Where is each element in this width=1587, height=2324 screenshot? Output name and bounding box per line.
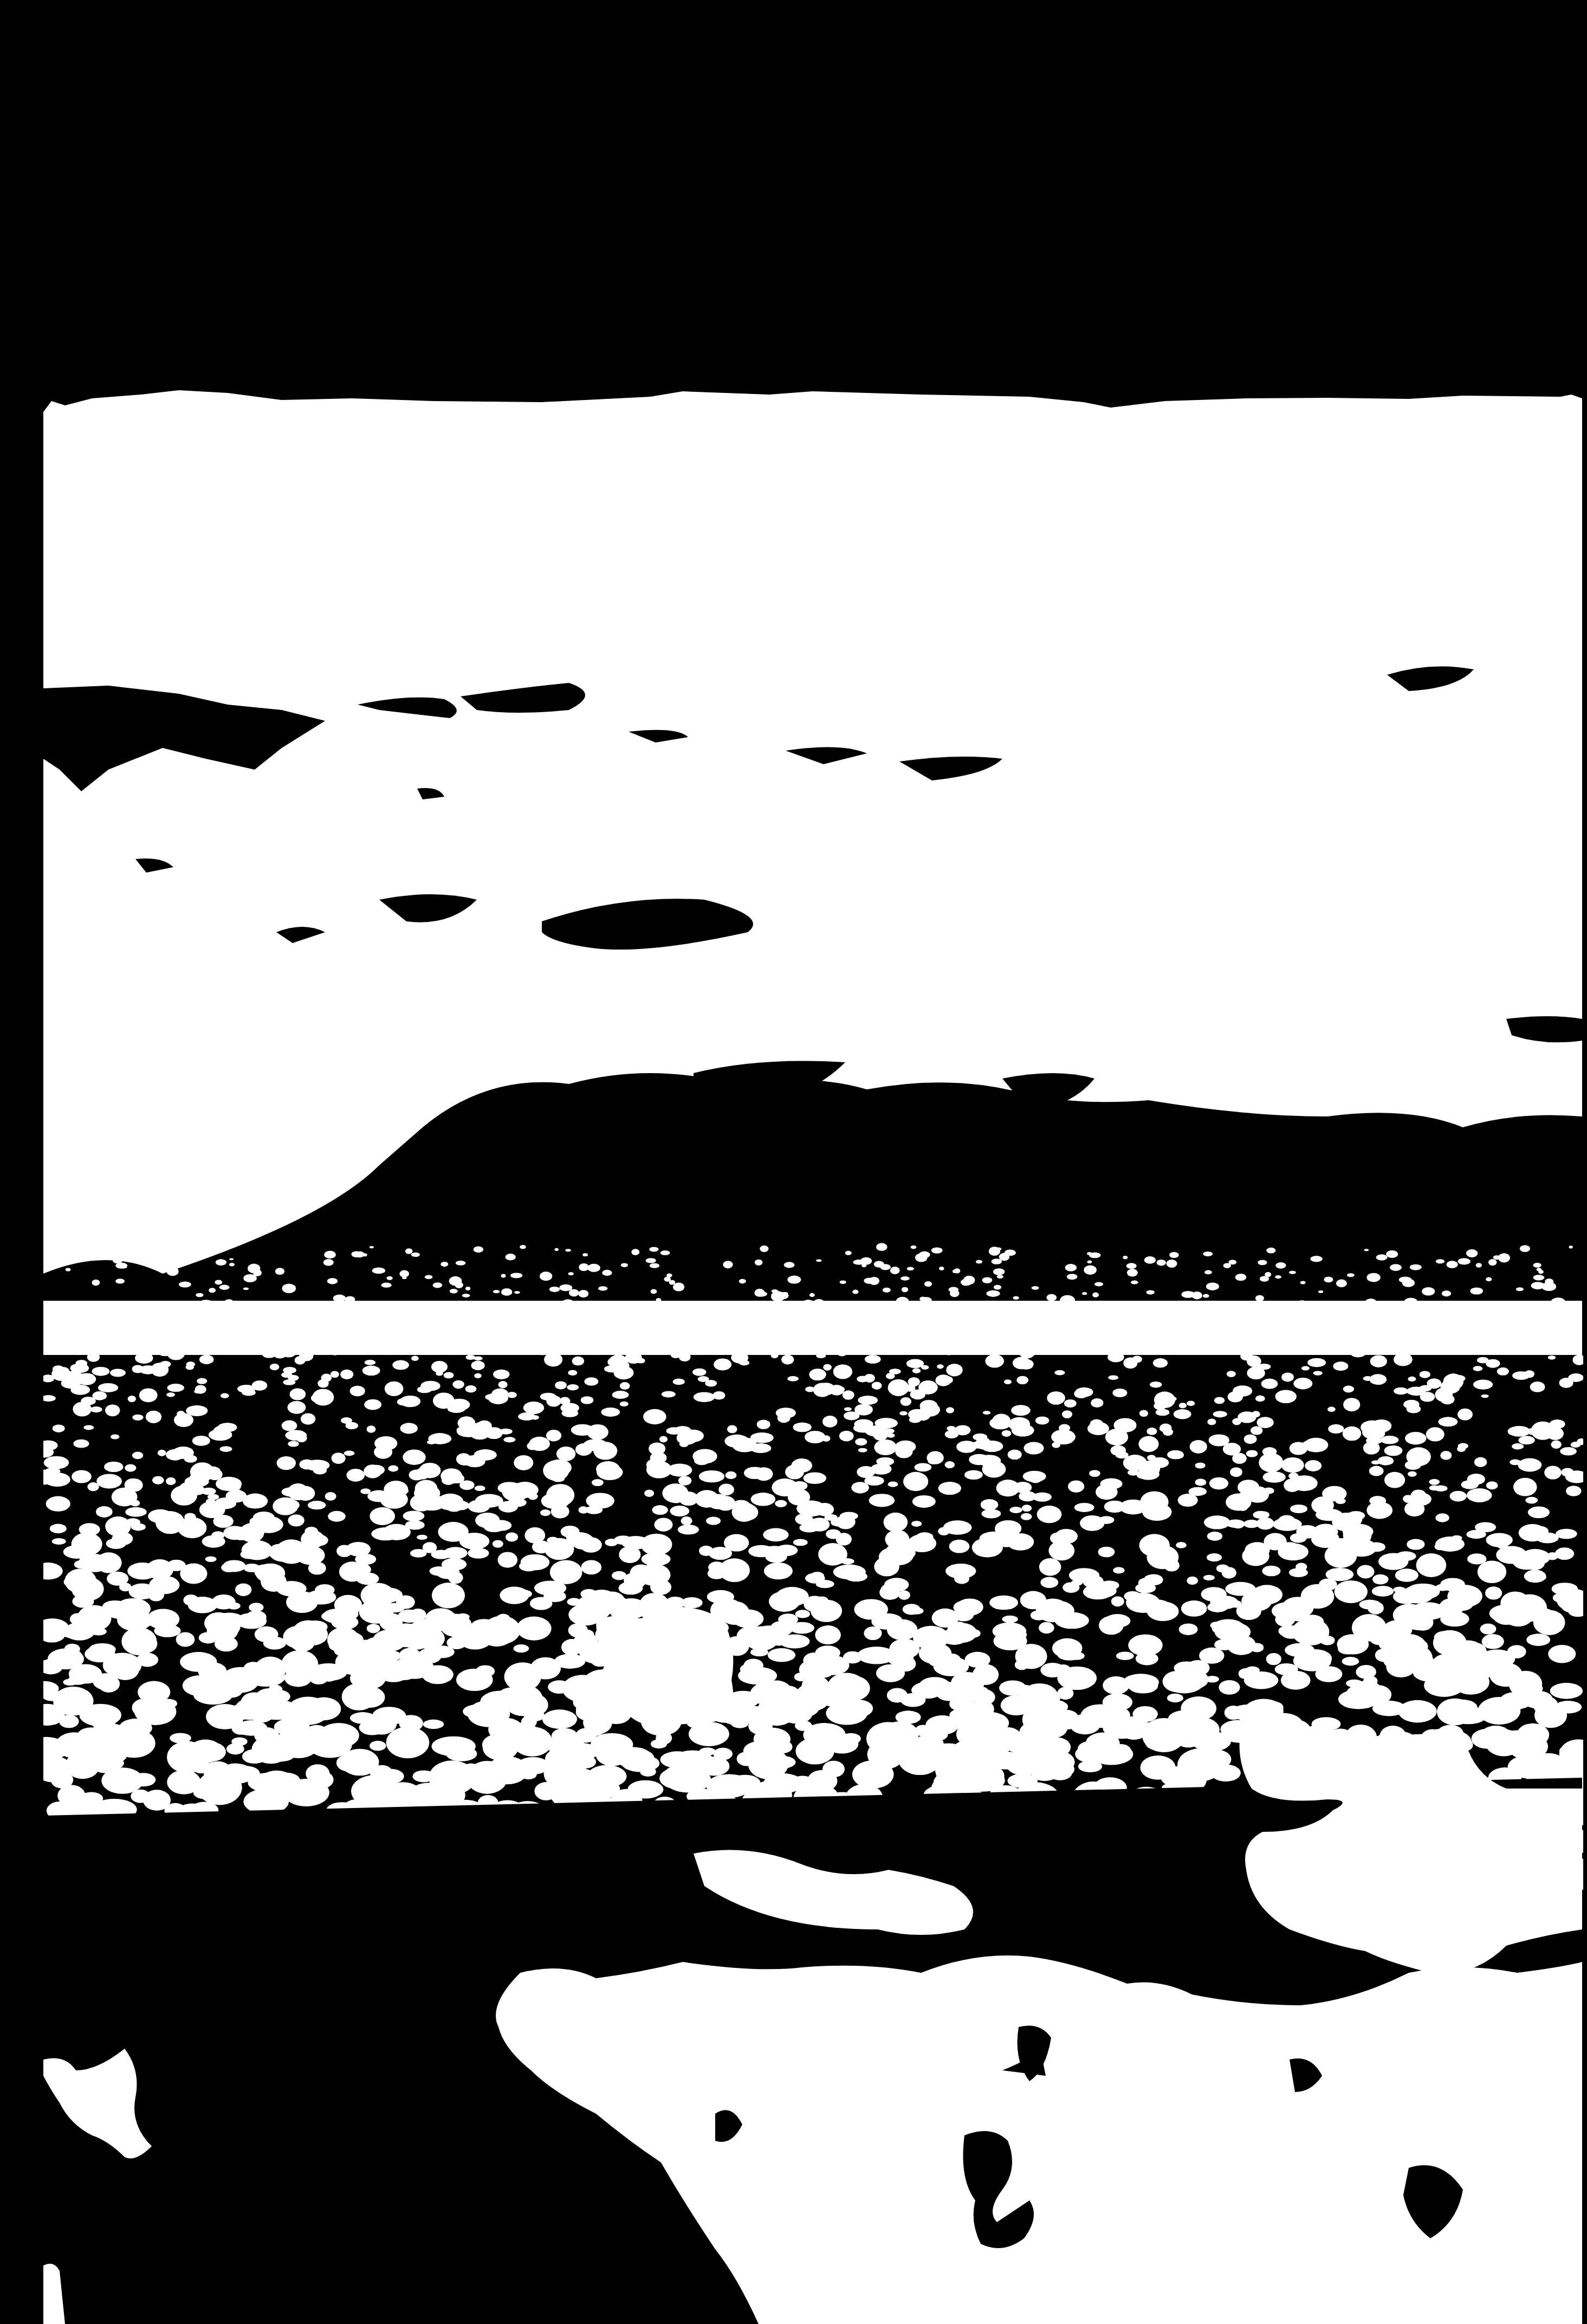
pebble	[787, 1376, 799, 1382]
pebble	[106, 1538, 126, 1549]
pebble	[1040, 1577, 1058, 1588]
pebble	[1422, 1287, 1435, 1295]
pebble	[911, 1521, 922, 1527]
pebble	[1533, 1301, 1545, 1310]
pebble	[431, 1361, 448, 1373]
pebble	[1369, 1466, 1384, 1476]
pebble	[290, 1389, 306, 1400]
pebble	[561, 1639, 582, 1656]
pebble	[199, 1355, 214, 1365]
pebble	[128, 1396, 136, 1402]
pebble	[1266, 1248, 1275, 1254]
pebble	[485, 1495, 498, 1505]
pebble	[832, 1386, 845, 1392]
pebble	[646, 1258, 656, 1263]
pebble	[386, 1727, 430, 1758]
pebble	[258, 1771, 295, 1794]
pebble	[132, 1452, 143, 1460]
pebble	[795, 1738, 834, 1765]
pebble	[350, 1306, 366, 1313]
pebble	[1008, 1450, 1022, 1460]
pebble	[73, 1439, 89, 1448]
pebble	[475, 1486, 485, 1491]
pebble	[816, 1353, 826, 1358]
pebble	[1485, 1586, 1502, 1599]
pebble	[996, 1532, 1016, 1547]
pebble	[1113, 1418, 1136, 1433]
pebble	[282, 1283, 296, 1293]
pebble	[816, 1259, 821, 1262]
pebble	[529, 1306, 534, 1309]
pebble	[1520, 1549, 1550, 1566]
pebble	[228, 1319, 242, 1328]
pebble	[432, 1583, 465, 1608]
pebble	[795, 1513, 813, 1525]
pebble	[1244, 1434, 1257, 1444]
pebble	[946, 1364, 962, 1376]
pebble	[1350, 1350, 1366, 1358]
pebble	[151, 1363, 169, 1377]
pebble	[963, 1276, 975, 1285]
pebble	[1209, 1755, 1227, 1766]
pebble	[678, 1476, 691, 1485]
pebble	[364, 1464, 381, 1478]
pebble	[221, 1393, 229, 1398]
pebble	[448, 1572, 463, 1584]
pebble	[275, 1268, 284, 1275]
pebble	[339, 1320, 355, 1332]
pebble	[1550, 1419, 1565, 1429]
pebble	[1390, 1264, 1402, 1271]
pebble	[1343, 1398, 1360, 1411]
pebble	[996, 1480, 1020, 1496]
pebble	[372, 1707, 406, 1725]
pebble	[1372, 1701, 1406, 1716]
pebble	[305, 1555, 319, 1564]
pebble	[1065, 1264, 1077, 1271]
pebble	[568, 1370, 577, 1376]
pebble	[649, 1442, 665, 1455]
pebble	[293, 1620, 324, 1642]
pebble	[546, 1396, 561, 1407]
pebble	[1187, 1660, 1210, 1676]
pebble	[1320, 1636, 1335, 1645]
pebble	[1207, 1419, 1216, 1425]
pebble	[561, 1526, 580, 1538]
pebble	[1563, 1335, 1577, 1344]
pebble	[440, 1614, 472, 1637]
pebble	[89, 1643, 116, 1656]
pebble	[771, 1352, 779, 1358]
pebble	[1230, 1467, 1242, 1477]
pebble	[328, 1339, 335, 1344]
pebble	[50, 1524, 67, 1534]
pebble	[1310, 1256, 1323, 1262]
pebble	[207, 1621, 238, 1642]
pebble	[1297, 1347, 1309, 1354]
pebble	[805, 1431, 825, 1443]
pebble	[775, 1500, 787, 1507]
pebble	[139, 1389, 158, 1403]
pebble	[356, 1302, 364, 1306]
pebble	[546, 1430, 561, 1441]
pebble	[154, 1255, 160, 1257]
pebble	[1291, 1475, 1318, 1491]
pebble	[1328, 1424, 1344, 1434]
pebble	[1268, 1311, 1284, 1321]
pebble	[1240, 1352, 1253, 1360]
pebble	[986, 1354, 1004, 1368]
pebble	[417, 1535, 427, 1540]
pebble	[1181, 1291, 1195, 1298]
pebble	[1052, 1442, 1060, 1448]
pebble	[1527, 1428, 1538, 1435]
pebble	[288, 1514, 304, 1526]
pebble	[445, 1323, 458, 1331]
pebble	[476, 1665, 495, 1677]
pebble	[1168, 1710, 1204, 1727]
pebble	[92, 1280, 100, 1286]
pebble	[1395, 1568, 1418, 1581]
pebble	[1203, 1294, 1209, 1298]
pebble	[795, 1610, 810, 1618]
pebble	[1434, 1485, 1448, 1492]
pebble	[362, 1254, 367, 1257]
pebble	[780, 1329, 791, 1334]
pebble	[760, 1245, 768, 1252]
pebble	[241, 1550, 257, 1559]
pebble	[218, 1336, 236, 1348]
pebble	[1326, 1568, 1354, 1581]
pebble	[1333, 1311, 1338, 1313]
pebble	[1351, 1681, 1383, 1704]
pebble	[1559, 1747, 1576, 1755]
pebble	[853, 1304, 865, 1311]
pebble	[1139, 1534, 1170, 1557]
pebble	[621, 1263, 628, 1267]
pebble	[1272, 1602, 1304, 1620]
pebble	[874, 1261, 884, 1268]
pebble	[198, 1662, 226, 1681]
pebble	[620, 1382, 630, 1390]
pebble	[912, 1495, 936, 1508]
pebble	[1060, 1295, 1075, 1306]
pebble	[1002, 1320, 1016, 1328]
pebble	[41, 1320, 58, 1331]
pebble	[215, 1767, 246, 1786]
pebble	[1181, 1600, 1207, 1617]
pebble	[876, 1457, 894, 1466]
pebble	[582, 1253, 588, 1256]
pebble	[1259, 1453, 1283, 1473]
pebble	[98, 1383, 118, 1392]
pebble	[1481, 1395, 1489, 1398]
pebble	[287, 1483, 309, 1500]
pebble	[1485, 1729, 1522, 1757]
pebble	[1144, 1256, 1156, 1264]
pebble	[381, 1283, 391, 1288]
pebble	[1453, 1330, 1465, 1335]
pebble	[1089, 1470, 1100, 1477]
pebble	[1041, 1694, 1060, 1703]
pebble	[143, 1790, 171, 1811]
pebble	[939, 1267, 944, 1270]
pebble	[853, 1260, 865, 1265]
pebble	[411, 1253, 420, 1257]
pebble	[1372, 1338, 1384, 1345]
pebble	[1084, 1266, 1097, 1275]
pebble	[1497, 1367, 1509, 1376]
pebble	[678, 1525, 699, 1534]
pebble	[428, 1334, 440, 1342]
pebble	[336, 1608, 358, 1621]
pebble	[1227, 1371, 1236, 1377]
pebble	[1375, 1649, 1392, 1662]
pebble	[1405, 1432, 1426, 1444]
pebble	[1263, 1487, 1274, 1494]
pebble	[119, 1583, 132, 1591]
pebble	[83, 1408, 92, 1412]
pebble	[1497, 1541, 1508, 1549]
pebble	[587, 1424, 608, 1440]
pebble	[1179, 1623, 1198, 1635]
pebble	[1289, 1568, 1308, 1577]
pebble	[1544, 1315, 1555, 1323]
pebble	[576, 1755, 597, 1768]
pebble	[947, 1426, 956, 1431]
pebble	[956, 1674, 980, 1690]
pebble	[855, 1438, 867, 1446]
pebble	[1420, 1392, 1435, 1402]
pebble	[87, 1482, 99, 1491]
pebble	[1260, 1276, 1269, 1282]
pebble	[77, 1605, 111, 1631]
pebble	[1203, 1575, 1215, 1580]
pebble	[493, 1370, 509, 1379]
pebble	[543, 1591, 566, 1602]
pebble	[548, 1680, 571, 1694]
pebble	[1255, 1295, 1264, 1302]
pebble	[1365, 1345, 1378, 1353]
pebble	[839, 1431, 854, 1442]
pebble	[945, 1564, 976, 1579]
pebble	[912, 1741, 950, 1761]
pebble	[652, 1505, 668, 1515]
pebble	[1071, 1580, 1083, 1586]
pebble	[1538, 1270, 1544, 1274]
pebble	[1137, 1468, 1160, 1480]
pebble	[500, 1335, 515, 1346]
pebble	[1516, 1287, 1524, 1291]
pebble	[1055, 1529, 1078, 1544]
pebble	[585, 1506, 603, 1514]
pebble	[215, 1280, 222, 1285]
pebble	[1116, 1451, 1129, 1458]
pebble	[199, 1742, 226, 1761]
pebble	[288, 1441, 299, 1447]
pebble	[444, 1372, 454, 1379]
pebble	[946, 1407, 954, 1413]
pebble	[764, 1563, 793, 1579]
right-border	[1583, 0, 1587, 2324]
pebble	[1313, 1371, 1322, 1376]
pebble	[110, 1369, 126, 1377]
pebble	[1476, 1345, 1491, 1352]
pebble	[1530, 1382, 1545, 1392]
pebble	[1005, 1328, 1020, 1338]
pebble	[125, 1479, 141, 1492]
pebble	[313, 1466, 327, 1475]
pebble	[1233, 1385, 1252, 1396]
pebble	[1157, 1260, 1166, 1266]
pebble	[967, 1629, 981, 1638]
pebble	[176, 1632, 195, 1647]
pebble	[329, 1350, 336, 1354]
pebble	[1486, 1277, 1492, 1282]
pebble	[844, 1411, 859, 1420]
pebble	[1518, 1458, 1541, 1472]
pebble	[540, 1509, 550, 1516]
pebble	[1466, 1349, 1473, 1354]
pebble	[506, 1254, 516, 1260]
pebble	[883, 1428, 895, 1434]
pebble	[803, 1322, 820, 1335]
pebble	[1394, 1353, 1413, 1366]
pebble	[954, 1268, 960, 1273]
pebble	[300, 1327, 309, 1331]
pebble	[1029, 1474, 1042, 1483]
pebble	[718, 1484, 734, 1496]
pebble	[1068, 1482, 1082, 1488]
pebble	[1275, 1275, 1281, 1279]
pebble	[1359, 1599, 1381, 1609]
pebble	[87, 1308, 101, 1314]
pebble	[1082, 1292, 1087, 1295]
pebble	[132, 1415, 143, 1421]
pebble	[883, 1288, 891, 1293]
pebble	[1072, 1317, 1084, 1325]
pebble	[148, 1320, 155, 1324]
pebble	[950, 1290, 960, 1297]
pebble	[1436, 1259, 1445, 1263]
pebble	[815, 1314, 828, 1322]
pebble	[424, 1314, 432, 1318]
pebble	[1366, 1437, 1382, 1444]
pebble	[447, 1341, 454, 1346]
pebble	[954, 1600, 975, 1614]
pebble	[407, 1622, 430, 1635]
pebble	[1520, 1245, 1530, 1252]
pebble	[450, 1474, 464, 1483]
pebble	[540, 1271, 552, 1281]
pebble	[1290, 1442, 1308, 1455]
pebble	[1064, 1619, 1077, 1629]
pebble	[649, 1247, 659, 1252]
surface-scene	[0, 0, 1587, 2324]
pebble	[1486, 1481, 1498, 1489]
pebble	[976, 1260, 982, 1264]
pebble	[131, 1523, 146, 1531]
pebble	[1223, 1263, 1231, 1268]
pebble	[620, 1402, 629, 1406]
pebble	[568, 1272, 574, 1275]
pebble	[872, 1382, 882, 1390]
pebble	[474, 1246, 483, 1253]
pebble	[229, 1263, 235, 1266]
pebble	[1258, 1260, 1267, 1266]
pebble	[1440, 1380, 1460, 1394]
pebble	[1550, 1683, 1583, 1699]
pebble	[482, 1733, 519, 1756]
pebble	[1273, 1518, 1301, 1531]
pebble	[1093, 1318, 1103, 1324]
pebble	[908, 1377, 920, 1386]
pebble	[554, 1654, 585, 1669]
pebble	[656, 1298, 662, 1302]
pebble	[506, 1532, 518, 1541]
pebble	[1207, 1532, 1222, 1541]
pebble	[1123, 1256, 1128, 1259]
pebble	[370, 1741, 386, 1751]
pebble	[1403, 1400, 1419, 1409]
pebble	[1338, 1644, 1357, 1655]
pebble	[125, 1507, 147, 1517]
pebble	[71, 1747, 88, 1758]
pebble	[1021, 1513, 1032, 1520]
pebble	[1008, 1417, 1030, 1432]
pebble	[670, 1494, 682, 1503]
pebble	[186, 1364, 195, 1370]
pebble	[449, 1276, 462, 1286]
pebble	[461, 1343, 472, 1352]
pebble	[970, 1735, 994, 1751]
pebble	[1203, 1251, 1213, 1256]
pebble	[1378, 1456, 1394, 1466]
pebble	[501, 1288, 513, 1296]
pebble	[1438, 1305, 1448, 1312]
pebble	[283, 1367, 296, 1373]
pebble	[271, 1544, 286, 1551]
pebble	[1257, 1417, 1274, 1428]
pebble	[1409, 1493, 1431, 1506]
pebble	[1449, 1706, 1487, 1724]
pebble	[178, 1518, 207, 1539]
pebble	[1440, 1678, 1455, 1690]
pebble	[1434, 1631, 1454, 1644]
pebble	[541, 1493, 570, 1509]
pebble	[949, 1540, 970, 1553]
pebble	[746, 1303, 755, 1309]
pebble	[1281, 1457, 1304, 1473]
pebble	[779, 1635, 809, 1649]
pebble	[781, 1355, 794, 1365]
pebble	[1118, 1716, 1150, 1740]
pebble	[367, 1624, 380, 1633]
pebble	[1059, 1424, 1070, 1432]
pebble	[651, 1289, 657, 1294]
pebble	[1211, 1765, 1241, 1781]
pebble	[1569, 1245, 1573, 1248]
pebble	[750, 1443, 771, 1453]
pebble	[1257, 1364, 1271, 1370]
pebble	[563, 1306, 569, 1310]
pebble	[1243, 1520, 1260, 1528]
pebble	[625, 1352, 642, 1364]
pebble	[121, 1628, 157, 1655]
pebble	[83, 1425, 94, 1430]
pebble	[1489, 1710, 1506, 1723]
pebble	[1062, 1410, 1072, 1418]
